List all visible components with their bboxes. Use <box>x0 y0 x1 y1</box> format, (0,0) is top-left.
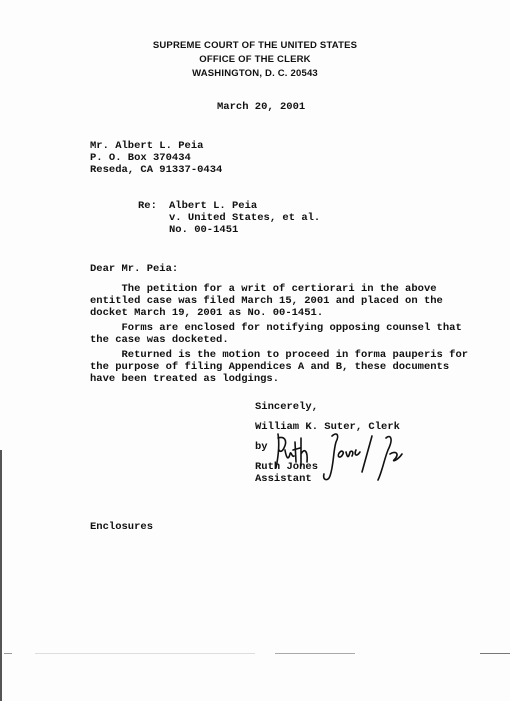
scan-edge-line <box>0 450 2 701</box>
scan-artifact-line <box>275 653 355 654</box>
paragraph-petition: The petition for a writ of certiorari in… <box>90 283 443 319</box>
letterhead: SUPREME COURT OF THE UNITED STATES OFFIC… <box>0 39 510 81</box>
re-line2: v. United States, et al. <box>169 212 320 224</box>
recipient-name: Mr. Albert L. Peia <box>90 140 222 152</box>
re-block: Albert L. Peiav. United States, et al.No… <box>169 200 320 236</box>
recipient-address-line1: P. O. Box 370434 <box>90 152 222 164</box>
signatory-name: Ruth Jones <box>255 461 318 473</box>
scan-artifact-line <box>4 653 12 654</box>
letterhead-city: WASHINGTON, D. C. 20543 <box>0 67 510 81</box>
letterhead-court: SUPREME COURT OF THE UNITED STATES <box>0 39 510 53</box>
re-line1: Albert L. Peia <box>169 200 320 212</box>
by-label: by <box>255 441 268 453</box>
paragraph-returned: Returned is the motion to proceed in for… <box>90 349 468 385</box>
re-case-number: No. 00-1451 <box>169 224 320 236</box>
scan-artifact-line <box>480 653 510 654</box>
closing: Sincerely, <box>255 401 318 413</box>
letter-date: March 20, 2001 <box>217 101 305 113</box>
letterhead-office: OFFICE OF THE CLERK <box>0 53 510 67</box>
salutation: Dear Mr. Peia: <box>90 263 178 275</box>
paragraph-forms: Forms are enclosed for notifying opposin… <box>90 322 462 346</box>
recipient-address: Mr. Albert L. PeiaP. O. Box 370434Reseda… <box>90 140 222 176</box>
scan-artifact-line <box>35 653 255 654</box>
signatory-title: Assistant <box>255 473 312 485</box>
re-label: Re: <box>138 200 157 212</box>
recipient-address-line2: Reseda, CA 91337-0434 <box>90 164 222 176</box>
enclosures-note: Enclosures <box>90 521 153 533</box>
